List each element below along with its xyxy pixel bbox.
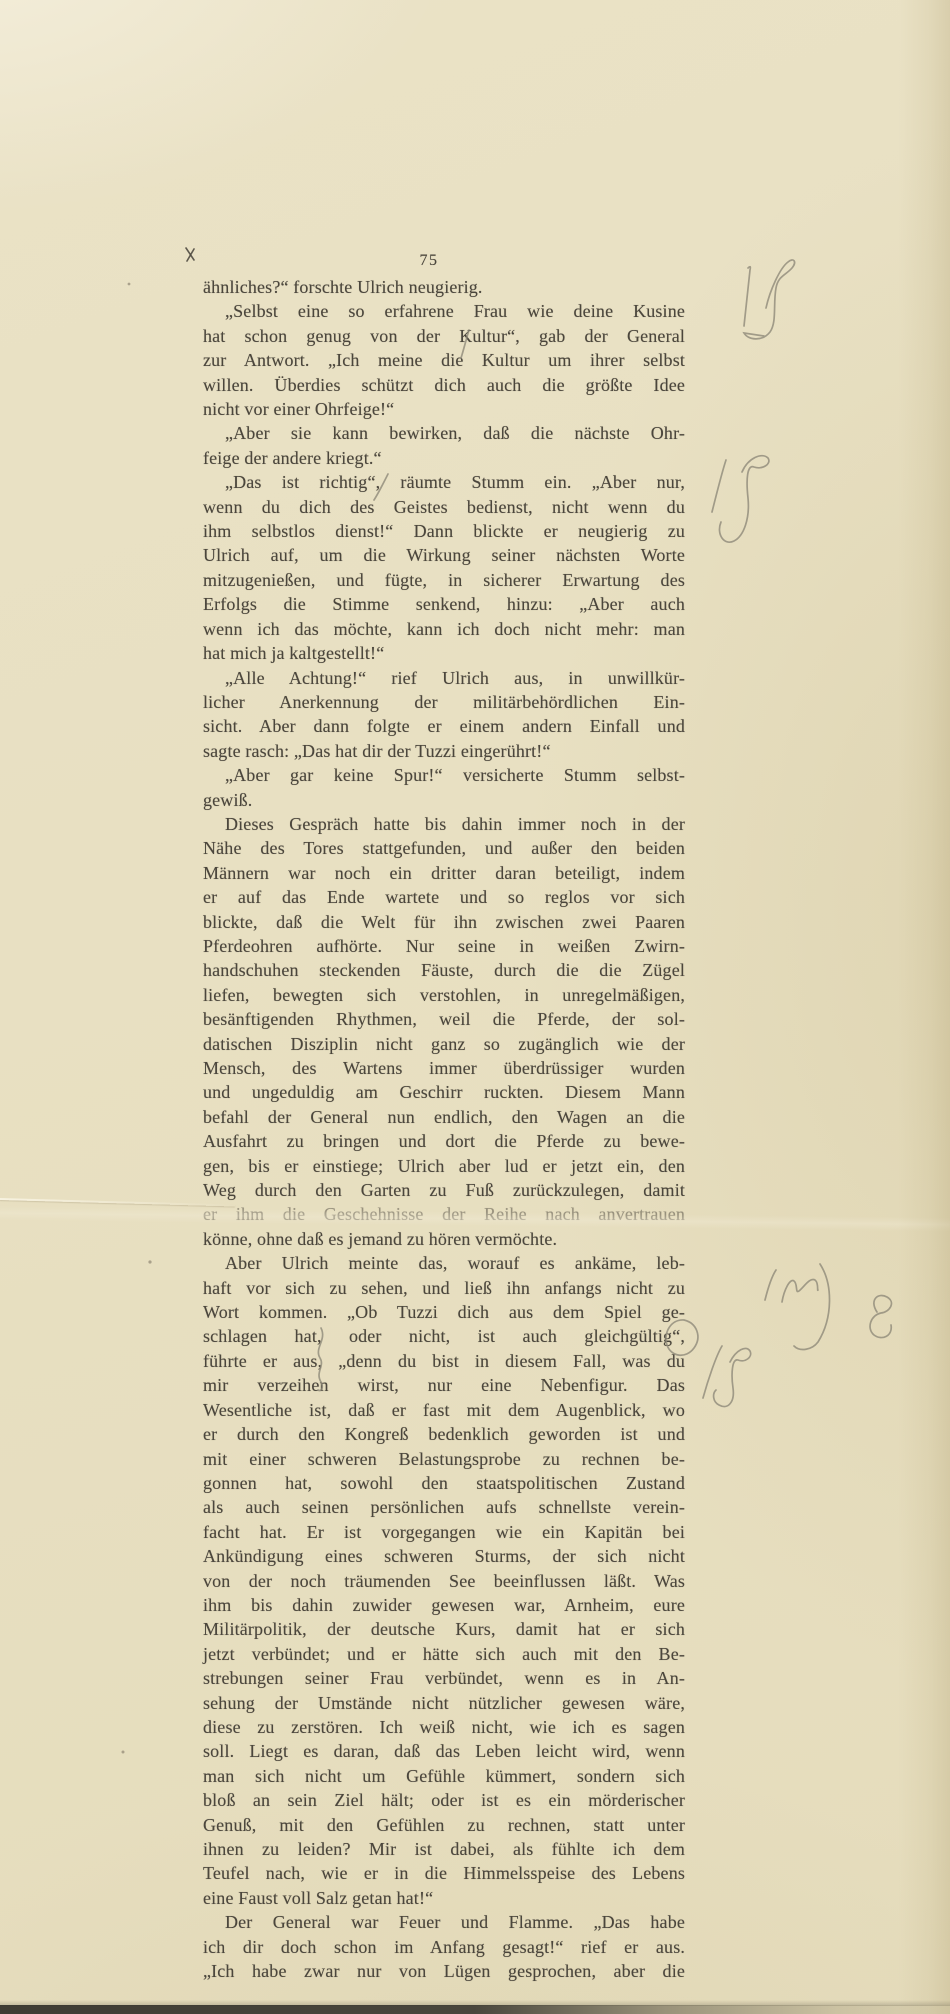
text-line: feige der andere kriegt.“ [203,446,685,470]
pencil-annotation-1n-icon [765,1264,830,1349]
text-line: schlagen hat, oder nicht, ist auch gleic… [203,1324,685,1348]
text-line: wenn ich das möchte, kann ich doch nicht… [203,617,685,641]
text-line: „Ich habe zwar nur von Lügen gesprochen,… [203,1959,685,1983]
pencil-annotation-1g-icon [712,456,769,542]
text-line: mir verzeihen wirst, nur eine Nebenfigur… [203,1373,685,1397]
text-line: Dieses Gespräch hatte bis dahin immer no… [203,812,685,836]
text-line: Genuß, mit den Gefühlen zu rechnen, stat… [203,1813,685,1837]
text-line: ihm bis dahin zuwider gewesen war, Arnhe… [203,1593,685,1617]
paper-speck [128,283,131,286]
text-line: mitzugenießen, und fügte, in sicherer Er… [203,568,685,592]
text-line: jetzt verbündet; und er hätte sich auch … [203,1642,685,1666]
ink-cross-icon [186,248,194,261]
text-line: Erfolgs die Stimme senkend, hinzu: „Aber… [203,592,685,616]
text-line: sehung der Umstände nicht nützlicher gew… [203,1691,685,1715]
text-line: Ausfahrt zu bringen und dort die Pferde … [203,1129,685,1153]
page-edge-shading [898,0,950,2014]
text-line: „Aber gar keine Spur!“ versicherte Stumm… [203,763,685,787]
paper-speck [148,1260,151,1263]
text-line: handschuhen steckenden Fäuste, durch die… [203,958,685,982]
text-line: er durch den Kongreß bedenklich geworden… [203,1422,685,1446]
text-line: licher Anerkennung der militärbehördlich… [203,690,685,714]
text-line: facht hat. Er ist vorgegangen wie ein Ka… [203,1520,685,1544]
text-line: Nähe des Tores stattgefunden, und außer … [203,836,685,860]
text-line: gonnen hat, sowohl den staatspolitischen… [203,1471,685,1495]
text-line: strebungen seiner Frau verbündet, wenn e… [203,1666,685,1690]
text-line: datischen Disziplin nicht ganz so zugäng… [203,1032,685,1056]
text-line: diese zu zerstören. Ich weiß nicht, wie … [203,1715,685,1739]
text-line: Ankündigung eines schweren Sturms, der s… [203,1544,685,1568]
text-line: Teufel nach, wie er in die Himmelsspeise… [203,1861,685,1885]
text-line: hat mich ja kaltgestellt!“ [203,641,685,665]
text-line: liefen, bewegten sich verstohlen, in unr… [203,983,685,1007]
paper-crease [0,1198,235,1207]
text-line: bloß an sein Ziel hält; oder ist es ein … [203,1788,685,1812]
text-line: Pferdeohren aufhörte. Nur seine in weiße… [203,934,685,958]
text-line: von der noch träumenden See beeinflussen… [203,1569,685,1593]
text-line: „Das ist richtig“, räumte Stumm ein. „Ab… [203,470,685,494]
text-line: haft vor sich zu sehen, und ließ ihn anf… [203,1276,685,1300]
text-line: Der General war Feuer und Flamme. „Das h… [203,1910,685,1934]
text-line: wenn du dich des Geistes bedienst, nicht… [203,495,685,519]
text-line: mit einer schweren Belastungsprobe zu re… [203,1447,685,1471]
text-line: Mensch, des Wartens immer überdrüssiger … [203,1056,685,1080]
text-line: „Alle Achtung!“ rief Ulrich aus, in unwi… [203,666,685,690]
text-line: gewiß. [203,788,685,812]
text-line: Weg durch den Garten zu Fuß zurückzulege… [203,1178,685,1202]
text-line: und ungeduldig am Geschirr ruckten. Dies… [203,1080,685,1104]
pencil-annotation-7g-icon [703,1346,751,1406]
text-line: ihm selbstlos dienst!“ Dann blickte er n… [203,519,685,543]
text-line: als auch seinen persönlichen aufs schnel… [203,1495,685,1519]
text-line: „Selbst eine so erfahrene Frau wie deine… [203,299,685,323]
text-line: Ulrich auf, um die Wirkung seiner nächst… [203,543,685,567]
text-line: ich dir doch schon im Anfang gesagt!“ ri… [203,1935,685,1959]
text-line: blickte, daß die Welt für ihn zwischen z… [203,910,685,934]
text-line: befahl der General nun endlich, den Wage… [203,1105,685,1129]
text-line: Aber Ulrich meinte das, worauf es ankäme… [203,1251,685,1275]
text-line: zur Antwort. „Ich meine die Kultur um ih… [203,348,685,372]
text-line: man sich nicht um Gefühle kümmert, sonde… [203,1764,685,1788]
text-line: könne, ohne daß es jemand zu hören vermö… [203,1227,685,1251]
text-line: sagte rasch: „Das hat dir der Tuzzi eing… [203,739,685,763]
text-line: führte er aus, „denn du bist in diesem F… [203,1349,685,1373]
paper-speck [122,1751,125,1754]
pencil-annotation-1y-icon [744,260,795,339]
text-line: gen, bis er einstiege; Ulrich aber lud e… [203,1154,685,1178]
pencil-annotation-8-icon [870,1295,891,1337]
text-line: besänftigenden Rhythmen, weil die Pferde… [203,1007,685,1031]
text-line: eine Faust voll Salz getan hat!“ [203,1886,685,1910]
text-line: „Aber sie kann bewirken, daß die nächste… [203,421,685,445]
page-number: 75 [402,252,456,270]
text-line: nicht vor einer Ohrfeige!“ [203,397,685,421]
text-line: soll. Liegt es daran, daß das Leben leic… [203,1739,685,1763]
book-page-scan: 75 ähnliches?“ forschte Ulrich neugierig… [0,0,950,2014]
text-line: willen. Überdies schützt dich auch die g… [203,373,685,397]
text-line: Männern war noch ein dritter daran betei… [203,861,685,885]
text-line: Militärpolitik, der deutsche Kurs, damit… [203,1617,685,1641]
text-line: ähnliches?“ forschte Ulrich neugierig. [203,275,685,299]
text-line: hat schon genug von der Kultur“, gab der… [203,324,685,348]
text-line: er auf das Ende wartete und so reglos vo… [203,885,685,909]
text-block: ähnliches?“ forschte Ulrich neugierig.„S… [203,275,685,1983]
text-line: sicht. Aber dann folgte er einem andern … [203,714,685,738]
text-line: ihnen zu leiden? Mir ist dabei, als fühl… [203,1837,685,1861]
scan-bottom-edge [0,2005,950,2014]
text-line: Wesentliche ist, daß er fast mit dem Aug… [203,1398,685,1422]
text-line: Wort kommen. „Ob Tuzzi dich aus dem Spie… [203,1300,685,1324]
